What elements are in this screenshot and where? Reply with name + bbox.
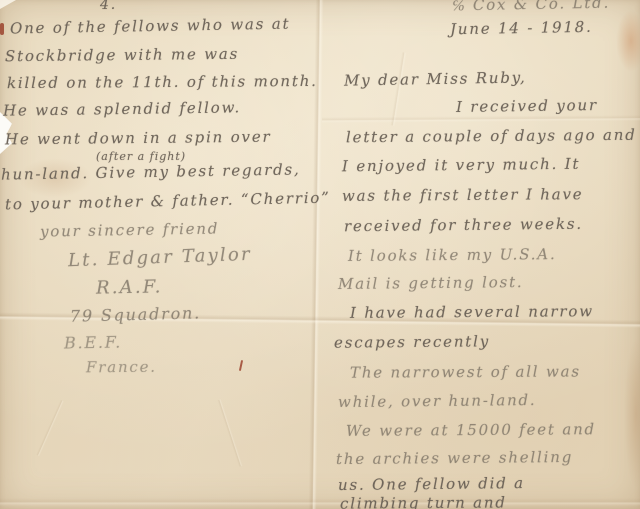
red-tick-bottom-left-page bbox=[239, 360, 243, 371]
handwritten-line: Mail is getting lost. bbox=[338, 273, 524, 293]
handwritten-line: Stockbridge with me was bbox=[5, 45, 239, 65]
wrinkle-bottom-left-1 bbox=[36, 400, 64, 456]
wrinkle-bottom-edge bbox=[0, 498, 640, 506]
handwritten-line: climbing turn and bbox=[340, 493, 507, 509]
handwritten-line: the archies were shelling bbox=[336, 448, 573, 468]
signature: Lt. Edgar Taylor bbox=[68, 244, 252, 271]
handwritten-line: letter a couple of days ago and bbox=[346, 126, 637, 147]
handwritten-line: received for three weeks. bbox=[344, 215, 583, 236]
signature-raf: R.A.F. bbox=[96, 276, 163, 298]
stain-top-right bbox=[616, 10, 640, 72]
signature-france: France. bbox=[86, 358, 157, 377]
handwritten-line: hun-land. Give my best regards, bbox=[1, 160, 301, 183]
heading-address: ℅ Cox & Co. Ltd. bbox=[452, 0, 610, 15]
wrinkle-bottom-left-2 bbox=[217, 399, 242, 467]
closing-line: your sincere friend bbox=[40, 219, 220, 240]
handwritten-line: I have had several narrow bbox=[350, 302, 594, 322]
signature-squadron: 79 Squadron. bbox=[70, 303, 201, 325]
interline-insertion: (after a fight) bbox=[96, 150, 186, 163]
handwritten-line: to your mother & father. “Cherrio” bbox=[5, 189, 331, 214]
handwritten-line: I enjoyed it very much. It bbox=[342, 155, 580, 175]
handwritten-line: He went down in a spin over bbox=[5, 128, 272, 149]
handwritten-line: The narrowest of all was bbox=[350, 362, 581, 381]
heading-date: June 14 - 1918. bbox=[450, 18, 593, 38]
handwritten-line: was the first letter I have bbox=[342, 185, 584, 205]
handwritten-line: We were at 15000 feet and bbox=[346, 420, 596, 440]
red-mark-left-edge bbox=[0, 23, 4, 35]
scanned-letter: 4. One of the fellows who was at Stockbr… bbox=[0, 0, 640, 509]
handwritten-line: It looks like my U.S.A. bbox=[348, 245, 557, 265]
crease-right-upper bbox=[322, 115, 640, 123]
handwritten-line: while, over hun-land. bbox=[338, 391, 537, 411]
salutation: My dear Miss Ruby, bbox=[344, 68, 527, 89]
crease-right-heading bbox=[390, 52, 407, 126]
signature-bef: B.E.F. bbox=[64, 332, 122, 352]
handwritten-line: I received your bbox=[456, 96, 598, 116]
handwritten-line: us. One fellow did a bbox=[338, 474, 525, 494]
stain-right-edge-bottom bbox=[624, 339, 640, 489]
handwritten-line: killed on the 11th. of this month. bbox=[7, 72, 318, 92]
page-number: 4. bbox=[100, 0, 117, 13]
handwritten-line: escapes recently bbox=[334, 332, 490, 351]
paper-corner-sliver bbox=[0, 0, 16, 9]
handwritten-line: He was a splendid fellow. bbox=[3, 98, 241, 119]
handwritten-line: One of the fellows who was at bbox=[10, 15, 291, 38]
